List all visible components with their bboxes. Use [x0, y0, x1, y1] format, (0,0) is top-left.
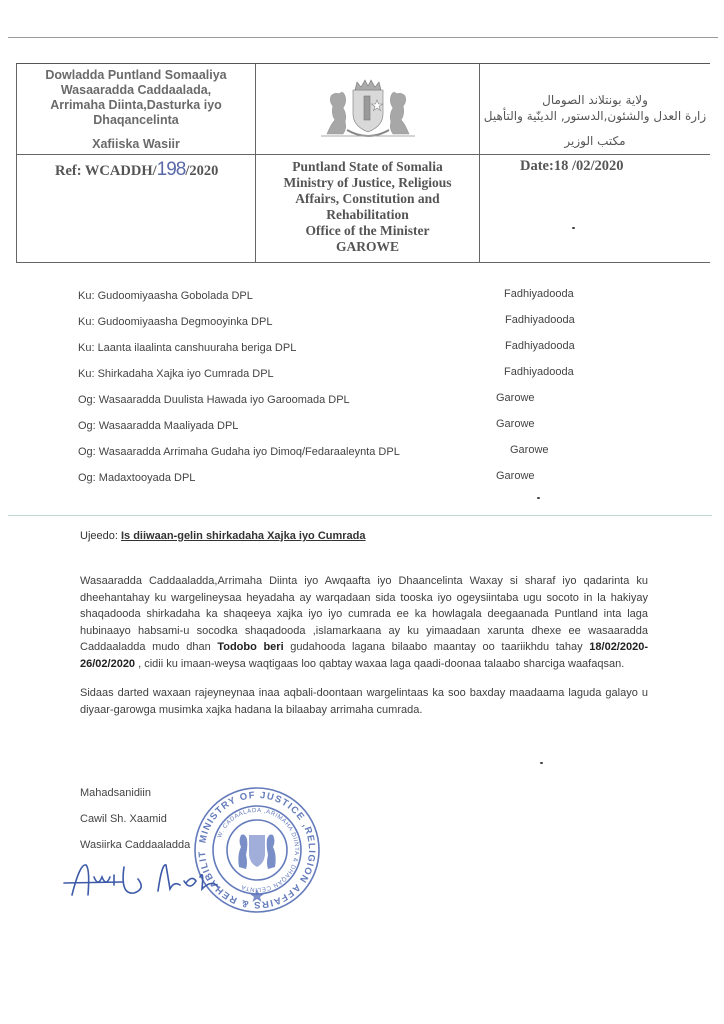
handwritten-signature — [62, 855, 242, 905]
subject-line: Ujeedo: Is diiwaan-gelin shirkadaha Xajk… — [80, 530, 366, 542]
emblem-cell — [256, 64, 480, 154]
section-divider — [8, 515, 712, 516]
letterhead-bottom-row: Ref: WCADDH/198/2020 Puntland State of S… — [16, 155, 710, 263]
recipient-row: Ku: Laanta ilaalinta canshuuraha beriga … — [78, 338, 638, 364]
recipient-row: Og: Wasaaradda Maaliyada DPLGarowe — [78, 416, 638, 442]
arabic-header-cell: ولاية بونتلاند الصومال زارة العدل والشئو… — [480, 64, 710, 154]
letter-body: Wasaaradda Caddaaladda,Arrimaha Diinta i… — [80, 573, 648, 731]
puntland-coat-of-arms-icon — [256, 64, 479, 154]
subject-label: Ujeedo: — [80, 530, 121, 542]
recipient-row: Ku: Shirkadaha Xajka iyo Cumrada DPLFadh… — [78, 364, 638, 390]
recipient-row: Ku: Gudoomiyaasha Degmooyinka DPLFadhiya… — [78, 312, 638, 338]
recipient-row: Og: Wasaaradda Arrimaha Gudaha iyo Dimoq… — [78, 442, 638, 468]
arabic-office-label: مكتب الوزير — [480, 133, 710, 149]
closing-block: Mahadsanidiin Cawil Sh. Xaamid Wasiirka … — [80, 787, 190, 865]
recipient-row: Og: Wasaaradda Duulista Hawada iyo Garoo… — [78, 390, 638, 416]
ministry-english-heading: Puntland State of Somalia Ministry of Ju… — [256, 155, 480, 262]
somali-office-label: Xafiiska Wasiir — [17, 137, 255, 152]
scan-speck — [537, 497, 540, 499]
subject-text: Is diiwaan-gelin shirkadaha Xajka iyo Cu… — [121, 530, 366, 542]
scan-speck — [572, 227, 575, 229]
somali-header-cell: Dowladda Puntland Somaaliya Wasaaradda C… — [16, 64, 256, 154]
signatory-name: Cawil Sh. Xaamid — [80, 813, 190, 839]
letterhead: Dowladda Puntland Somaaliya Wasaaradda C… — [16, 63, 710, 263]
somali-heading: Dowladda Puntland Somaaliya Wasaaradda C… — [17, 64, 255, 152]
recipient-list: Ku: Gudoomiyaasha Gobolada DPLFadhiyadoo… — [78, 286, 638, 494]
recipient-row: Og: Madaxtooyada DPLGarowe — [78, 468, 638, 494]
body-paragraph-2: Sidaas darted waxaan rajeyneynaa inaa aq… — [80, 685, 648, 718]
letter-date: Date:18 /02/2020 — [480, 155, 710, 262]
arabic-heading: ولاية بونتلاند الصومال زارة العدل والشئو… — [480, 64, 710, 149]
body-paragraph-1: Wasaaradda Caddaaladda,Arrimaha Diinta i… — [80, 573, 648, 672]
scan-speck — [540, 762, 543, 764]
closing-thanks: Mahadsanidiin — [80, 787, 190, 813]
recipient-row: Ku: Gudoomiyaasha Gobolada DPLFadhiyadoo… — [78, 286, 638, 312]
top-border-line — [8, 37, 718, 38]
letterhead-top-row: Dowladda Puntland Somaaliya Wasaaradda C… — [16, 64, 710, 155]
handwritten-ref-number: 198 — [157, 159, 186, 180]
reference-number: Ref: WCADDH/198/2020 — [16, 155, 256, 262]
